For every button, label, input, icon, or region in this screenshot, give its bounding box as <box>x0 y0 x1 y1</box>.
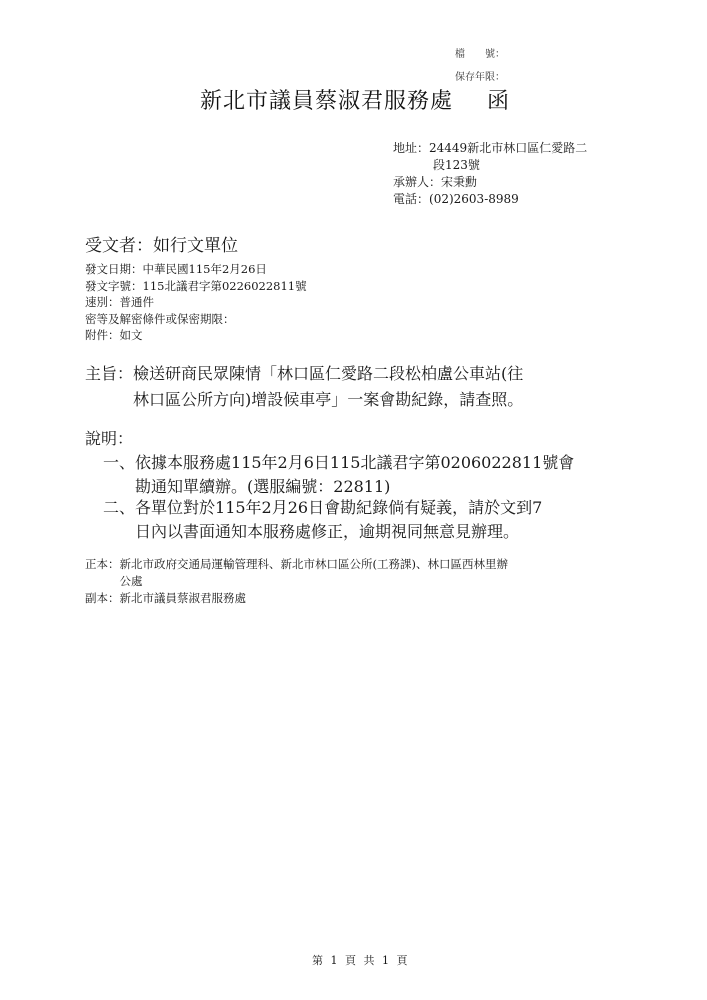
phone-number: (02)2603-8989 <box>429 192 519 206</box>
retention-period-label: 保存年限： <box>455 68 505 83</box>
urgency: 速別：普通件 <box>85 294 307 311</box>
issuing-office: 新北市議員蔡淑君服務處 <box>200 89 453 114</box>
address-line2: 段123號 <box>393 157 587 174</box>
attachment: 附件：如文 <box>85 327 307 344</box>
handler: 承辦人：宋秉勳 <box>393 174 587 191</box>
issue-date: 發文日期：中華民國115年2月26日 <box>85 261 307 278</box>
phone: 電話：(02)2603-8989 <box>393 191 587 208</box>
recipient-value: 如行文單位 <box>153 236 238 256</box>
document-number: 發文字號：115北議君字第0226022811號 <box>85 278 307 295</box>
page-number: 第 1 頁 共 1 頁 <box>312 952 409 968</box>
handler-name: 宋秉勳 <box>441 175 477 189</box>
address-value: 24449新北市林口區仁愛路二 <box>429 141 587 155</box>
item-number: 一、 <box>103 451 135 499</box>
address: 地址：24449新北市林口區仁愛路二 <box>393 140 587 157</box>
copy-recipients: 副本： 新北市議員蔡淑君服務處 <box>85 590 508 607</box>
document-info: 發文日期：中華民國115年2月26日 發文字號：115北議君字第02260228… <box>85 261 307 344</box>
item-number: 二、 <box>103 496 135 544</box>
document-type: 函 <box>487 89 510 114</box>
original-recipients: 正本： 新北市政府交通局運輸管理科、新北市林口區公所(工務課)、林口區西林里辦 … <box>85 556 508 590</box>
confidentiality: 密等及解密條件或保密期限： <box>85 311 307 328</box>
recipient: 受文者：如行文單位 <box>85 231 238 256</box>
document-title: 新北市議員蔡淑君服務處函 <box>200 84 510 115</box>
file-number-label: 檔 號： <box>455 45 505 60</box>
explanation-item-1: 一、 依據本服務處115年2月6日115北議君字第0206022811號會 勘通… <box>103 451 574 499</box>
explanation-label: 說明： <box>85 426 133 449</box>
sender-block: 地址：24449新北市林口區仁愛路二 段123號 承辦人：宋秉勳 電話：(02)… <box>393 140 587 208</box>
subject-line2: 林口區公所方向)增設候車亭」一案會勘紀錄，請查照。 <box>133 387 523 413</box>
explanation-item-2: 二、 各單位對於115年2月26日會勘紀錄倘有疑義，請於文到7 日內以書面通知本… <box>103 496 542 544</box>
subject-line1: 檢送研商民眾陳情「林口區仁愛路二段松柏盧公車站(往 <box>133 361 523 387</box>
subject: 主旨： 檢送研商民眾陳情「林口區仁愛路二段松柏盧公車站(往 林口區公所方向)增設… <box>85 361 523 413</box>
subject-label: 主旨： <box>85 361 133 413</box>
distribution: 正本： 新北市政府交通局運輸管理科、新北市林口區公所(工務課)、林口區西林里辦 … <box>85 556 508 607</box>
